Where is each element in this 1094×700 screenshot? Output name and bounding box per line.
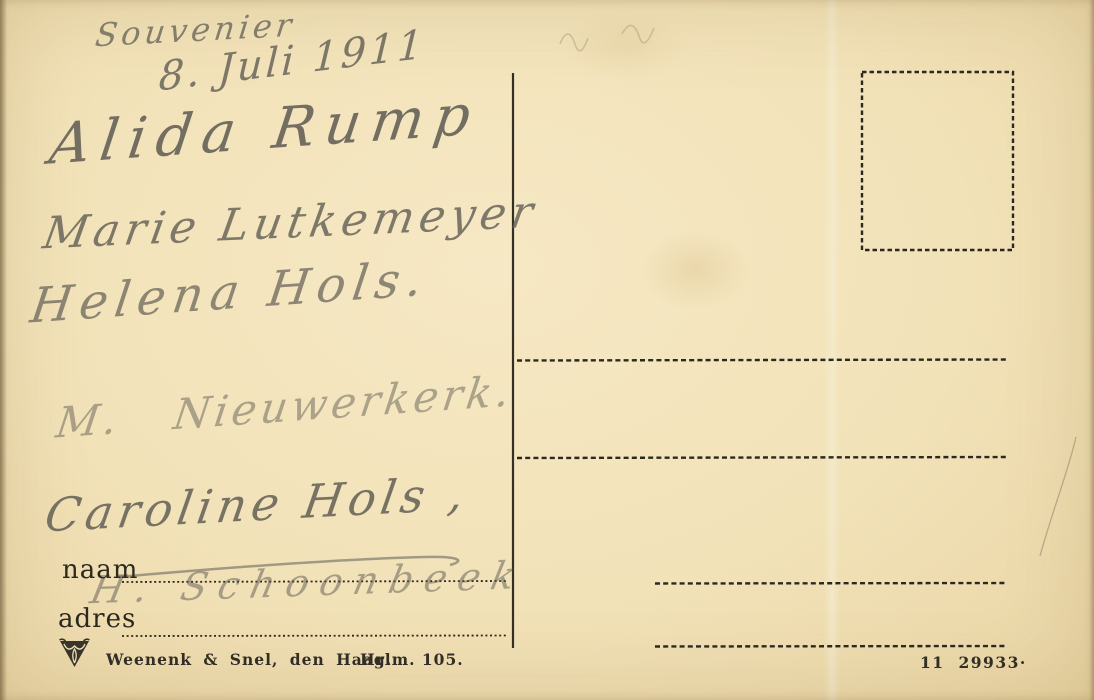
stamp-box [862,72,1013,250]
address-line-3 [655,583,1007,584]
address-label: adres [58,604,136,634]
address-line-2 [517,457,1006,458]
address-dotted-line [122,636,506,637]
address-line-4 [655,646,1007,647]
name-label: naam [62,555,138,585]
series-number: Hrlm. 105. [360,650,464,669]
faint-pencil-mark [622,25,654,42]
publisher-imprint: Weenenk & Snel, den Haag. [106,650,392,669]
faint-pencil-mark [560,34,588,51]
postcard-back: Souvenier 8. Juli 1911 Alida Rump Marie … [0,0,1094,700]
publisher-monogram-icon [58,637,91,671]
paper-scratch [1040,437,1076,556]
address-line-1 [517,360,1007,361]
print-number: 11 29933· [920,653,1027,672]
